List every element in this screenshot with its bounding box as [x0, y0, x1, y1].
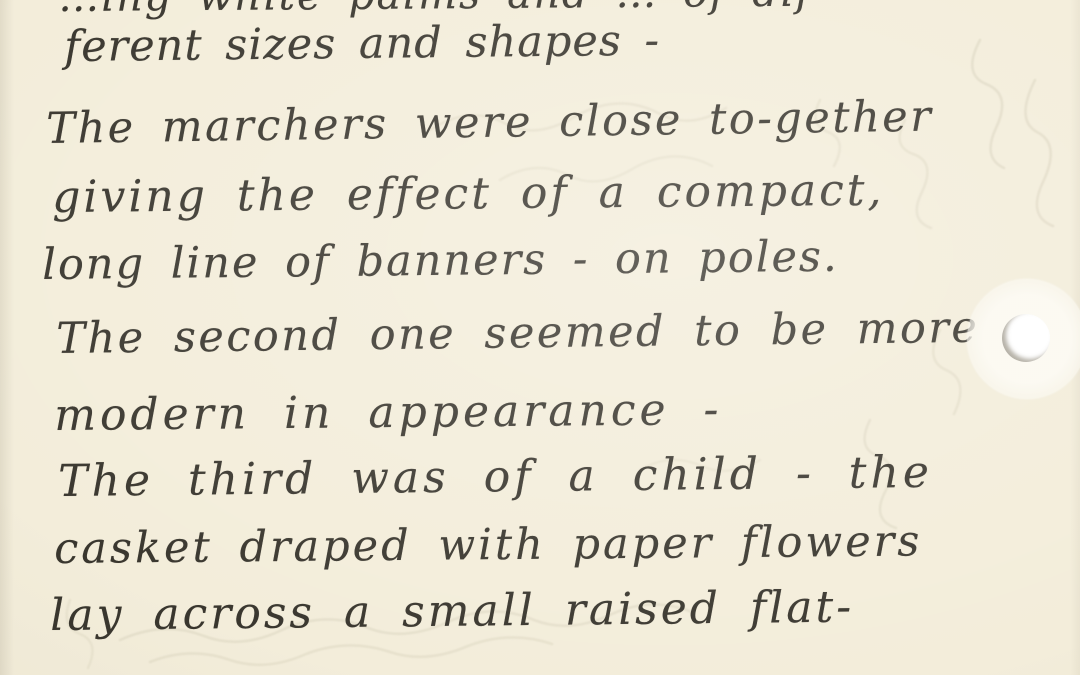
handwritten-line: lay across a small raised flat- — [50, 582, 854, 641]
punched-hole — [1002, 314, 1050, 362]
handwritten-line: ferent sizes and shapes - — [64, 16, 660, 72]
handwritten-line: long line of banners - on poles. — [42, 232, 839, 290]
handwritten-line: giving the effect of a compact, — [52, 165, 885, 223]
handwritten-line: The third was of a child - the — [58, 447, 933, 507]
handwritten-line: modern in appearance - — [54, 384, 723, 441]
handwritten-line: casket draped with paper flowers — [54, 516, 923, 574]
manuscript-page: …ing white palms and … of dif ferent siz… — [0, 0, 1080, 675]
